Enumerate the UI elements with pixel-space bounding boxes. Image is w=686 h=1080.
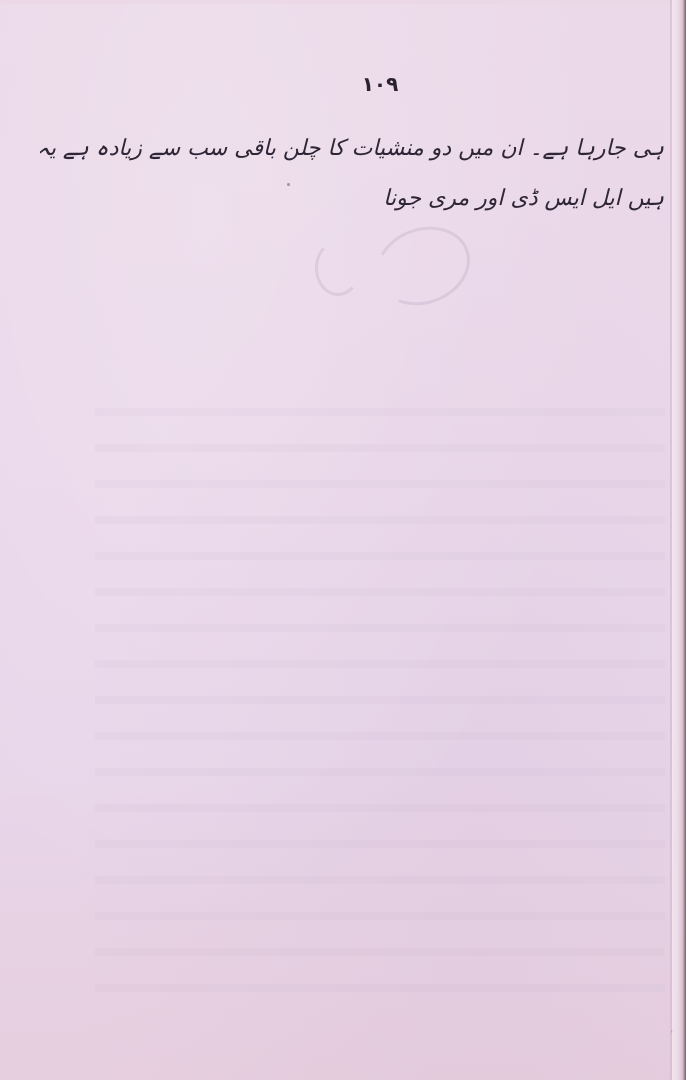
ink-speck	[287, 183, 290, 186]
bleed-through-mark	[315, 240, 361, 296]
page-number: ۱۰۹	[350, 72, 410, 96]
text-line: ہی جارہا ہے۔ ان میں دو منشیات کا چلن باق…	[64, 124, 664, 174]
body-text: ہی جارہا ہے۔ ان میں دو منشیات کا چلن باق…	[64, 124, 664, 224]
scanned-page: ۱۰۹ ہی جارہا ہے۔ ان میں دو منشیات کا چلن…	[0, 0, 686, 1080]
text-line: ہیں ایل ایس ڈی اور مری جونا	[334, 174, 664, 224]
bleed-through-text	[95, 380, 665, 1020]
page-top-edge	[0, 0, 686, 4]
torn-right-edge	[672, 0, 686, 1080]
bleed-through-mark	[365, 214, 481, 318]
